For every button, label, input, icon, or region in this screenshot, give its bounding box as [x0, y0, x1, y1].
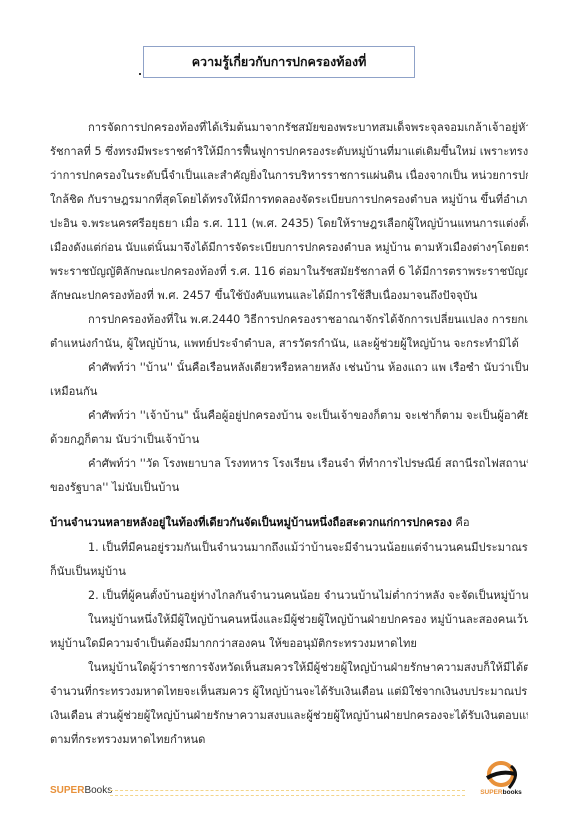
text-line: เงินเดือน ส่วนผู้ช่วยผู้ใหญ่บ้านฝ่ายรักษ… — [50, 708, 528, 724]
section-heading: บ้านจำนวนหลายหลังอยู่ในท้องที่เดียวกันจั… — [50, 515, 528, 531]
section-heading-bold: บ้านจำนวนหลายหลังอยู่ในท้องที่เดียวกันจั… — [50, 516, 452, 529]
text-line: ในหมู่บ้านใดผู้ว่าราชการจังหวัดเห็นสมควร… — [88, 660, 528, 676]
logo-text: SUPERbooks — [473, 789, 529, 796]
text-line: เมืองดังแต่ก่อน นับแต่นั้นมาจึงได้มีการจ… — [50, 240, 528, 256]
page-title-text: ความรู้เกี่ยวกับการปกครองท้องที่ — [192, 52, 367, 72]
footer-brand-books: Books — [84, 785, 112, 796]
text-line: คำศัพท์ว่า ''บ้าน'' นั้นคือเรือนหลังเดีย… — [88, 360, 528, 376]
text-line: ลักษณะปกครองท้องที่ พ.ศ. 2457 ขึ้นใช้บัง… — [50, 288, 528, 304]
text-line: คำศัพท์ว่า ''วัด โรงพยาบาล โรงทหาร โรงเร… — [88, 456, 528, 472]
text-line: ก็นับเป็นหมู่บ้าน — [50, 564, 528, 580]
text-line: หมู่บ้านใดมีความจำเป็นต้องมีมากกว่าสองคน… — [50, 636, 528, 652]
text-line: การจัดการปกครองท้องที่ได้เริ่มต้นมาจากรั… — [88, 120, 528, 136]
text-line: ตามที่กระทรวงมหาดไทยกำหนด — [50, 732, 528, 748]
text-line: รัชกาลที่ 5 ซึ่งทรงมีพระราชดำริให้มีการฟ… — [50, 144, 528, 160]
text-line: พระราชบัญญัติลักษณะปกครองท้องที่ ร.ศ. 11… — [50, 264, 528, 280]
text-line: การปกครองท้องที่ใน พ.ศ.2440 วิธีการปกครอ… — [88, 312, 528, 328]
text-line: เหมือนกัน — [50, 384, 528, 400]
text-line: ปะอิน จ.พระนครศรีอยุธยา เมื่อ ร.ศ. 111 (… — [50, 216, 528, 232]
text-line: 1. เป็นที่มีคนอยู่รวมกันเป็นจำนวนมากถึงแ… — [88, 540, 528, 556]
stray-dot — [139, 73, 141, 75]
text-line: ใกล้ชิด กับราษฎรมากที่สุดโดยได้ทรงให้มีก… — [50, 192, 528, 208]
text-line: ตำแหน่งกำนัน, ผู้ใหญ่บ้าน, แพทย์ประจำตำบ… — [50, 336, 528, 352]
text-line: 2. เป็นที่ผู้คนตั้งบ้านอยู่ห่างไกลกันจำน… — [88, 588, 528, 604]
swoosh-logo-icon — [473, 760, 529, 790]
footer-brand: SUPERBooks — [50, 785, 112, 796]
text-line: ของรัฐบาล'' ไม่นับเป็นบ้าน — [50, 480, 528, 496]
superbooks-logo: SUPERbooks — [473, 760, 529, 802]
footer-brand-super: SUPER — [50, 785, 84, 796]
text-line: ว่าการปกครองในระดับนี้จำเป็นและสำคัญยิ่ง… — [50, 168, 528, 184]
text-line: ด้วยกฎก็ตาม นับว่าเป็นเจ้าบ้าน — [50, 432, 528, 448]
footer-dashed-rule — [110, 790, 465, 796]
text-line: จำนวนที่กระทรวงมหาดไทยจะเห็นสมควร ผู้ใหญ… — [50, 684, 528, 700]
section-heading-suffix: คือ — [452, 516, 470, 529]
page-title: ความรู้เกี่ยวกับการปกครองท้องที่ — [143, 46, 415, 78]
text-line: ในหมู่บ้านหนึ่งให้มีผู้ใหญ่บ้านคนหนึ่งแล… — [88, 612, 528, 628]
text-line: คำศัพท์ว่า ''เจ้าบ้าน" นั้นคือผู้อยู่ปกค… — [88, 408, 528, 424]
